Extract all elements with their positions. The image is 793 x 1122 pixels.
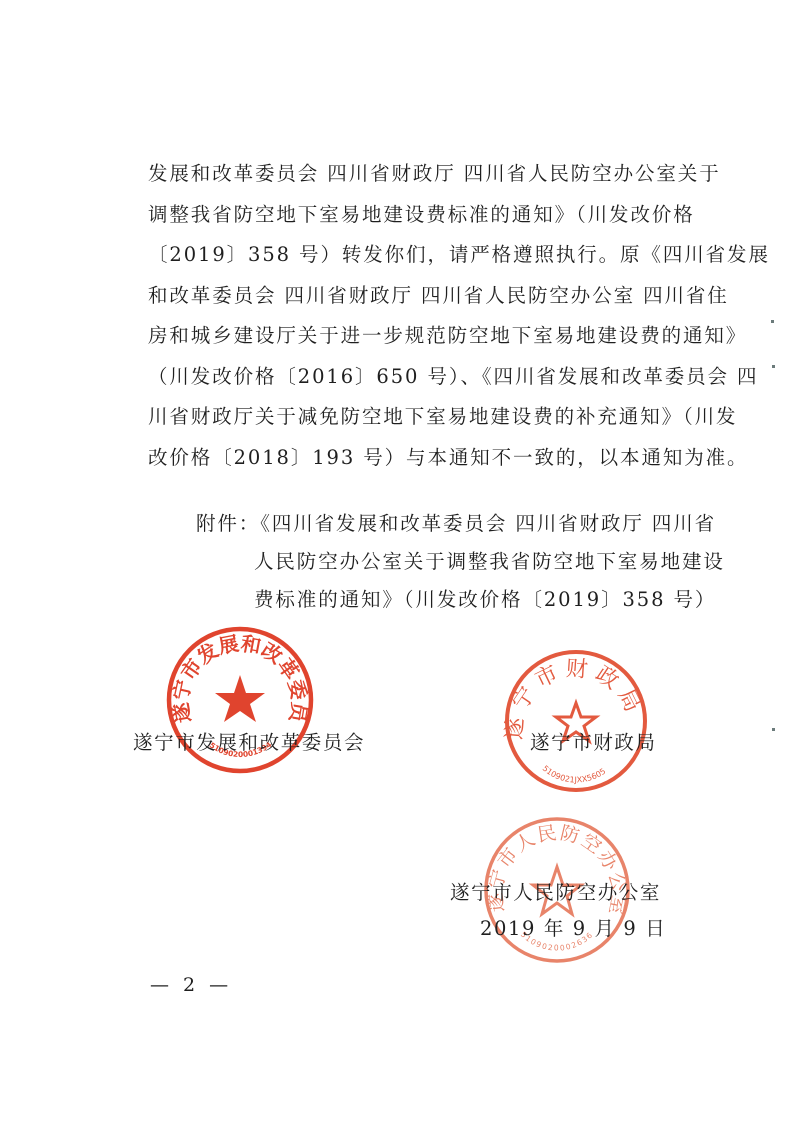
attachment-line: 人民防空办公室关于调整我省防空地下室易地建设: [196, 543, 696, 581]
signature-date: 2019 年 9 月 9 日: [480, 913, 666, 941]
svg-text:5109021JXX5605: 5109021JXX5605: [541, 764, 608, 785]
scan-artifact: [772, 728, 775, 731]
body-line: 〔2019〕358 号）转发你们，请严格遵照执行。原《四川省发展: [148, 235, 708, 276]
page-number: — 2 —: [150, 974, 232, 996]
signature-ndrc: 遂宁市发展和改革委员会: [133, 727, 365, 755]
document-page: 发展和改革委员会 四川省财政厅 四川省人民防空办公室关于 调整我省防空地下室易地…: [0, 0, 793, 1122]
body-line: 改价格〔2018〕193 号）与本通知不一致的，以本通知为准。: [148, 438, 708, 479]
attachment-section: 附件：《四川省发展和改革委员会 四川省财政厅 四川省 人民防空办公室关于调整我省…: [196, 505, 696, 619]
body-line: 调整我省防空地下室易地建设费标准的通知》（川发改价格: [148, 195, 708, 236]
signature-civil-defense: 遂宁市人民防空办公室: [450, 877, 661, 905]
finance-seal-stamp: 遂宁市财政局 5109021JXX5605: [503, 648, 649, 794]
body-paragraph: 发展和改革委员会 四川省财政厅 四川省人民防空办公室关于 调整我省防空地下室易地…: [148, 154, 708, 478]
body-line: 川省财政厅关于减免防空地下室易地建设费的补充通知》（川发: [148, 397, 708, 438]
seal-icon: 遂宁市财政局 5109021JXX5605: [503, 648, 649, 794]
body-line: 房和城乡建设厅关于进一步规范防空地下室易地建设费的通知》: [148, 316, 708, 357]
attachment-line: 《四川省发展和改革委员会 四川省财政厅 四川省: [260, 512, 716, 535]
body-line: （川发改价格〔2016〕650 号）、《四川省发展和改革委员会 四: [148, 357, 708, 398]
attachment-label: 附件：: [196, 512, 260, 535]
body-line: 和改革委员会 四川省财政厅 四川省人民防空办公室 四川省住: [148, 276, 708, 317]
scan-artifact: [771, 320, 774, 323]
attachment-line: 费标准的通知》（川发改价格〔2019〕358 号）: [196, 581, 696, 619]
signature-finance: 遂宁市财政局: [530, 727, 657, 755]
scan-artifact: [772, 365, 775, 368]
body-line: 发展和改革委员会 四川省财政厅 四川省人民防空办公室关于: [148, 154, 708, 195]
